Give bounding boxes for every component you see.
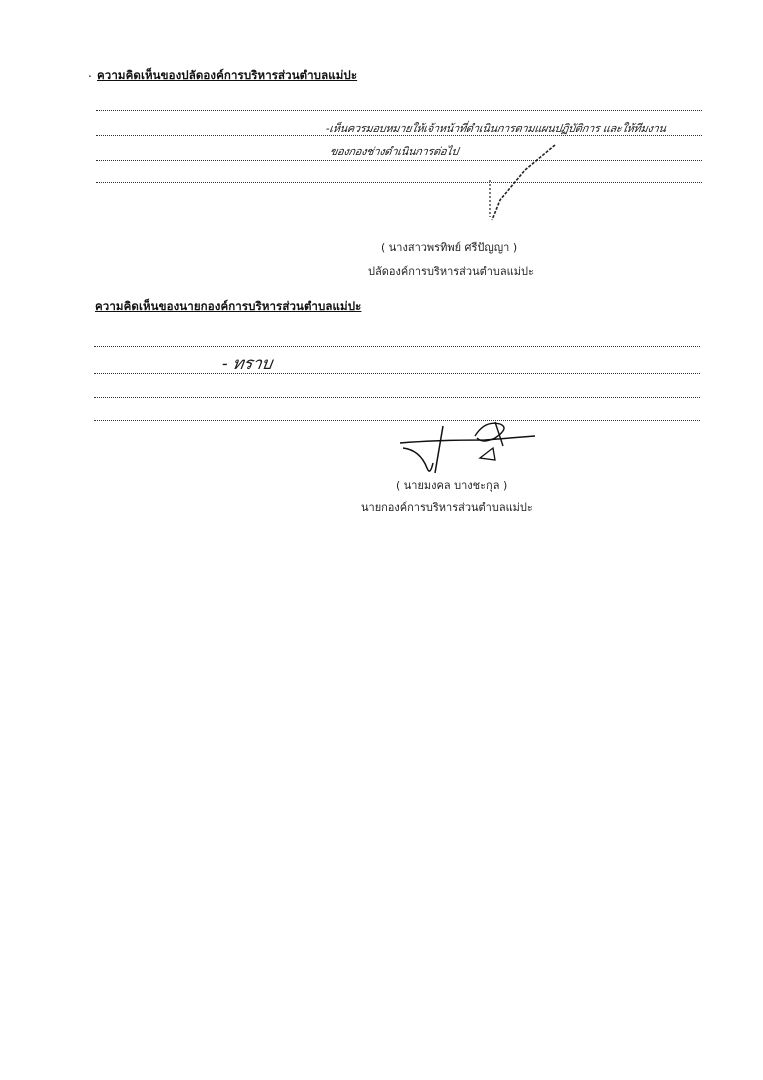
section2-signature <box>395 418 545 478</box>
section1-signer-name: ( นางสาวพรทิพย์ ศรีปัญญา ) <box>381 238 517 256</box>
section2-dotted-line-2 <box>94 373 700 374</box>
section2-dotted-line-3 <box>94 397 700 398</box>
section1-bullet: . <box>88 66 92 80</box>
section1-dotted-line-3 <box>96 160 702 161</box>
section2-signer-name: ( นายมงคล บางชะกุล ) <box>396 476 507 494</box>
section1-heading: ความคิดเห็นของปลัดองค์การบริหารส่วนตำบลแ… <box>97 67 357 85</box>
section1-dotted-line-1 <box>96 110 702 111</box>
section2-handwritten-comment: - ทราบ <box>220 350 274 377</box>
section1-dotted-line-4 <box>96 182 702 183</box>
section1-signer-position: ปลัดองค์การบริหารส่วนตำบลแม่ปะ <box>368 262 534 280</box>
section2-dotted-line-1 <box>94 346 700 347</box>
section1-handwritten-comment-line-2: ของกองช่างดำเนินการต่อไป <box>329 142 460 160</box>
section2-heading: ความคิดเห็นของนายกองค์การบริหารส่วนตำบลแ… <box>95 298 361 316</box>
section1-signature <box>470 125 590 225</box>
section2-signer-position: นายกองค์การบริหารส่วนตำบลแม่ปะ <box>361 498 533 516</box>
